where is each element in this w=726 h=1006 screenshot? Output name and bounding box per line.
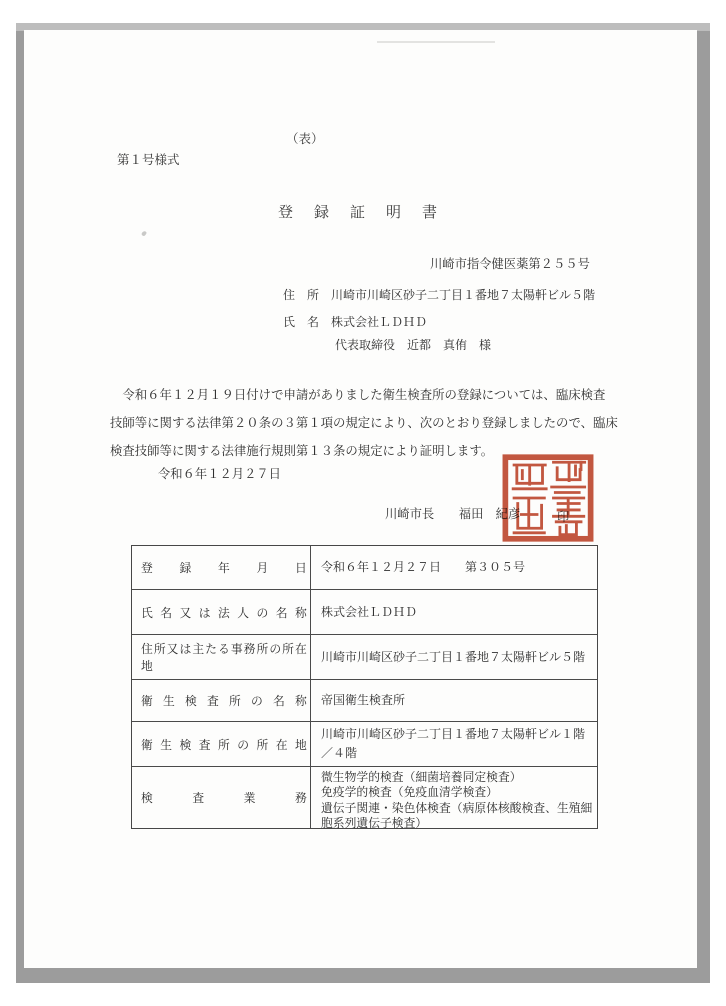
row-label: 検査業務	[141, 789, 307, 806]
row-value: 令和６年１２月２７日 第３０５号	[311, 546, 597, 589]
scan-speck	[141, 230, 147, 236]
kawasaki-mayor-seal-icon	[502, 454, 594, 542]
recipient-representative: 代表取締役 近都 真侑 様	[335, 336, 491, 353]
scan-artifact-line	[377, 41, 495, 43]
row-value: 川崎市川崎区砂子二丁目１番地７太陽軒ビル１階 ／４階	[311, 722, 597, 766]
mayor-signature-line: 川崎市長 福田 紀彦	[385, 504, 520, 522]
certificate-body-text: 令和６年１２月１９日付けで申請がありました衛生検査所の登録については、臨床検査 …	[110, 381, 630, 466]
row-label: 住所又は主たる事務所の所在地	[141, 640, 307, 674]
form-number: 第１号様式	[117, 150, 180, 168]
table-row: 検査業務 微生物学的検査（細菌培養同定検査） 免疫学的検査（免疫血清学検査） 遺…	[132, 766, 597, 828]
table-row: 登録年月日 令和６年１２月２７日 第３０５号	[132, 546, 597, 589]
issue-date: 令和６年１２月２７日	[158, 464, 281, 482]
certificate-page: （表） 第１号様式 登 録 証 明 書 川崎市指令健医薬第２５５号 住 所 川崎…	[24, 30, 697, 968]
row-value: 株式会社ＬＤＨＤ	[311, 590, 597, 634]
recipient-name: 氏 名 株式会社ＬＤＨＤ	[283, 313, 427, 330]
reference-number: 川崎市指令健医薬第２５５号	[430, 254, 590, 272]
side-label: （表）	[286, 129, 324, 147]
table-row: 衛生検査所の所在地 川崎市川崎区砂子二丁目１番地７太陽軒ビル１階 ／４階	[132, 721, 597, 766]
row-label: 衛生検査所の所在地	[141, 736, 307, 753]
table-row: 衛生検査所の名称 帝国衛生検査所	[132, 679, 597, 721]
row-value: 微生物学的検査（細菌培養同定検査） 免疫学的検査（免疫血清学検査） 遺伝子関連・…	[311, 767, 597, 828]
scan-border: （表） 第１号様式 登 録 証 明 書 川崎市指令健医薬第２５５号 住 所 川崎…	[16, 23, 710, 983]
row-label: 衛生検査所の名称	[141, 692, 307, 709]
table-row: 氏名又は法人の名称 株式会社ＬＤＨＤ	[132, 589, 597, 634]
registration-table: 登録年月日 令和６年１２月２７日 第３０５号 氏名又は法人の名称 株式会社ＬＤＨ…	[131, 545, 598, 829]
row-label: 氏名又は法人の名称	[141, 604, 307, 621]
row-value: 帝国衛生検査所	[311, 680, 597, 721]
scanned-document-canvas: （表） 第１号様式 登 録 証 明 書 川崎市指令健医薬第２５５号 住 所 川崎…	[0, 0, 726, 1006]
table-row: 住所又は主たる事務所の所在地 川崎市川崎区砂子二丁目１番地７太陽軒ビル５階	[132, 634, 597, 679]
recipient-address: 住 所 川崎市川崎区砂子二丁目１番地７太陽軒ビル５階	[283, 286, 595, 303]
row-label: 登録年月日	[141, 559, 307, 576]
document-title: 登 録 証 明 書	[278, 201, 440, 222]
row-value: 川崎市川崎区砂子二丁目１番地７太陽軒ビル５階	[311, 635, 597, 679]
